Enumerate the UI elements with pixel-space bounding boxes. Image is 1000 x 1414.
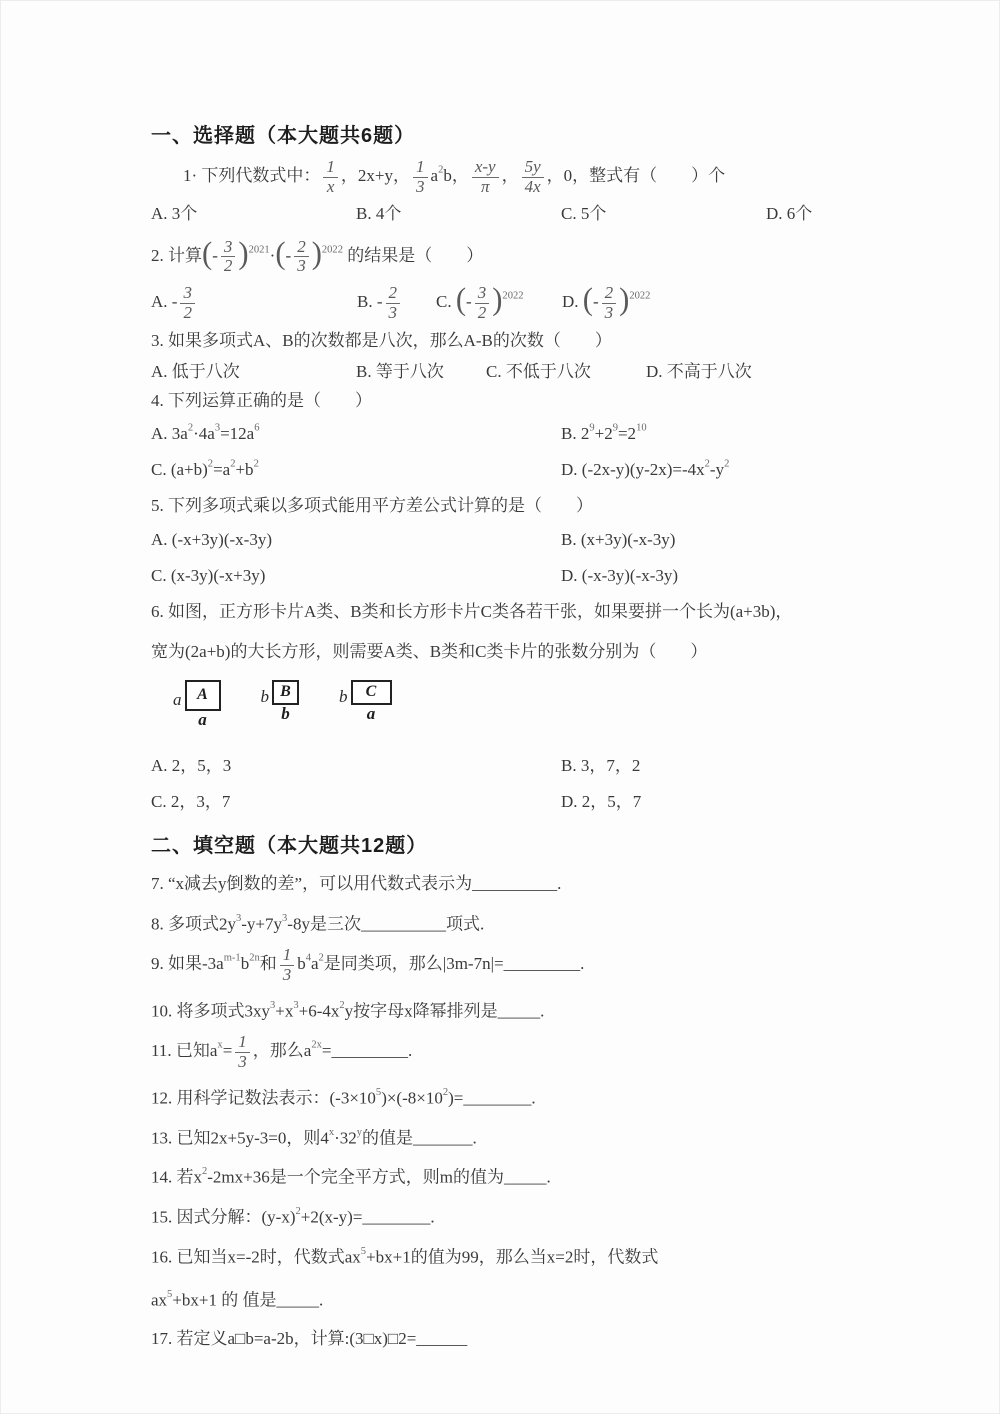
option-d: D. 2，5，7: [561, 788, 889, 815]
question-1-options: A. 3个 B. 4个 C. 5个 D. 6个: [151, 200, 889, 227]
card-c-box: C: [351, 680, 392, 705]
option-d: D. 不高于八次: [646, 357, 752, 382]
option-a: A. 3a2·4a3=12a6: [151, 420, 561, 447]
option-a: A. 低于八次: [151, 357, 356, 382]
question-10: 10. 将多项式3xy3+x3+6-4x2y按字母x降幂排列是_____.: [151, 998, 889, 1025]
question-13: 13. 已知2x+5y-3=0，则4x·32y的值是_______.: [151, 1125, 889, 1152]
cards-figure: a A a b B b b: [173, 680, 889, 742]
option-a: A. 2，5，3: [151, 752, 561, 779]
option-d: D. (-x-3y)(-x-3y): [561, 562, 889, 589]
option-c: C. 不低于八次: [486, 357, 646, 382]
option-b: B. 3，7，2: [561, 752, 889, 779]
question-4: 4. 下列运算正确的是（ ） A. 3a2·4a3=12a6 B. 29+29=…: [151, 388, 889, 484]
card-c-letter: C: [366, 683, 377, 701]
question-3: 3. 如果多项式A、B的次数都是八次，那么A-B的次数（ ） A. 低于八次 B…: [151, 328, 889, 381]
option-c: C. 5个: [561, 200, 766, 227]
card-b-bottom-label: b: [281, 705, 290, 723]
card-b-column: B b: [272, 680, 299, 723]
option-b: B. -23: [357, 284, 436, 322]
question-1-stem: 1· 下列代数式中：1x，2x+y，13a2b，x-yπ，5y4x，0，整式有（…: [151, 158, 889, 196]
question-5-options: A. (-x+3y)(-x-3y) B. (x+3y)(-x-3y) C. (x…: [151, 526, 889, 589]
question-4-stem: 4. 下列运算正确的是（ ）: [151, 388, 889, 414]
question-6-stem-line-2: 宽为(2a+b)的大长方形，则需要A类、B类和C类卡片的张数分别为（ ）: [151, 639, 889, 665]
question-2: 2. 计算(-32)2021·(-23)2022 的结果是（ ） A. -32 …: [151, 238, 889, 323]
card-a-box: A: [185, 680, 221, 711]
card-a-left-label: a: [173, 690, 182, 710]
question-1: 1· 下列代数式中：1x，2x+y，13a2b，x-yπ，5y4x，0，整式有（…: [151, 158, 889, 228]
option-b: B. 29+29=210: [561, 420, 889, 447]
question-11: 11. 已知ax=13，那么a2x=_________.: [151, 1033, 889, 1071]
card-c-left-label: b: [339, 687, 348, 707]
question-15: 15. 因式分解：(y-x)2+2(x-y)=________.: [151, 1204, 889, 1231]
question-5: 5. 下列多项式乘以多项式能用平方差公式计算的是（ ） A. (-x+3y)(-…: [151, 493, 889, 589]
card-b: b B b: [261, 680, 300, 723]
question-3-stem: 3. 如果多项式A、B的次数都是八次，那么A-B的次数（ ）: [151, 328, 889, 354]
option-c: C. 2，3，7: [151, 788, 561, 815]
card-b-letter: B: [280, 683, 291, 701]
card-c-bottom-label: a: [367, 705, 376, 723]
option-a: A. -32: [151, 284, 357, 322]
question-2-stem: 2. 计算(-32)2021·(-23)2022 的结果是（ ）: [151, 238, 889, 276]
question-6-stem-line-1: 6. 如图，正方形卡片A类、B类和长方形卡片C类各若干张，如果要拼一个长为(a+…: [151, 599, 889, 625]
question-5-stem: 5. 下列多项式乘以多项式能用平方差公式计算的是（ ）: [151, 493, 889, 519]
card-a: a A a: [173, 680, 221, 729]
option-c: C. (x-3y)(-x+3y): [151, 562, 561, 589]
question-6-options: A. 2，5，3 B. 3，7，2 C. 2，3，7 D. 2，5，7: [151, 752, 889, 815]
option-b: B. 等于八次: [356, 357, 486, 382]
question-2-options: A. -32 B. -23 C. (-32)2022 D. (-23)2022: [151, 284, 889, 322]
card-b-box: B: [272, 680, 299, 705]
question-4-options: A. 3a2·4a3=12a6 B. 29+29=210 C. (a+b)2=a…: [151, 420, 889, 483]
section-2-title: 二、填空题（本大题共12题）: [151, 829, 889, 858]
card-b-left-label: b: [261, 687, 270, 707]
exam-page: 一、选择题（本大题共6题） 1· 下列代数式中：1x，2x+y，13a2b，x-…: [0, 0, 1000, 1414]
option-c: C. (-32)2022: [436, 284, 562, 322]
question-16-line-2: ax5+bx+1 的 值是_____.: [151, 1287, 889, 1314]
option-d: D. (-23)2022: [562, 284, 650, 322]
option-b: B. 4个: [356, 200, 561, 227]
card-c: b C a: [339, 680, 392, 723]
card-c-column: C a: [351, 680, 392, 723]
option-d: D. (-2x-y)(y-2x)=-4x2-y2: [561, 456, 889, 483]
option-d: D. 6个: [766, 200, 889, 227]
question-16-line-1: 16. 已知当x=-2时，代数式ax5+bx+1的值为99，那么当x=2时，代数…: [151, 1244, 889, 1271]
option-a: A. (-x+3y)(-x-3y): [151, 526, 561, 553]
question-14: 14. 若x2-2mx+36是一个完全平方式，则m的值为_____.: [151, 1164, 889, 1191]
question-7: 7. “x减去y倒数的差”，可以用代数式表示为__________.: [151, 871, 889, 897]
question-12: 12. 用科学记数法表示：(-3×105)×(-8×102)=________.: [151, 1085, 889, 1112]
option-c: C. (a+b)2=a2+b2: [151, 456, 561, 483]
section-1-title: 一、选择题（本大题共6题）: [151, 119, 889, 148]
option-a: A. 3个: [151, 200, 356, 227]
question-9: 9. 如果-3am-1b2n和13b4a2是同类项，那么|3m-7n|=____…: [151, 946, 889, 984]
question-17: 17. 若定义a□b=a-2b，计算:(3□x)□2=______: [151, 1326, 889, 1352]
card-a-column: A a: [185, 680, 221, 729]
card-a-bottom-label: a: [198, 711, 207, 729]
option-b: B. (x+3y)(-x-3y): [561, 526, 889, 553]
question-8: 8. 多项式2y3-y+7y3-8y是三次__________项式.: [151, 911, 889, 938]
question-3-options: A. 低于八次 B. 等于八次 C. 不低于八次 D. 不高于八次: [151, 357, 889, 382]
question-6: 6. 如图，正方形卡片A类、B类和长方形卡片C类各若干张，如果要拼一个长为(a+…: [151, 599, 889, 815]
card-a-letter: A: [197, 686, 208, 704]
